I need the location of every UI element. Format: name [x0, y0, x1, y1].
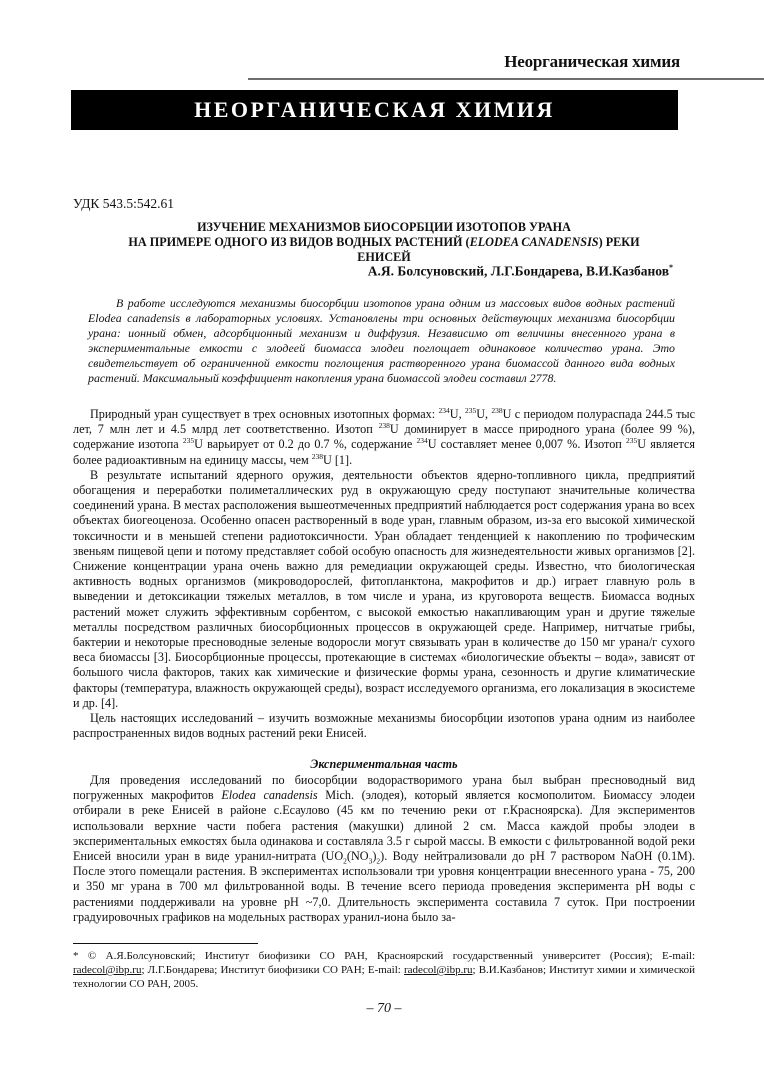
title-line-1: ИЗУЧЕНИЕ МЕХАНИЗМОВ БИОСОРБЦИИ ИЗОТОПОВ …: [73, 220, 695, 235]
running-head-title: Неорганическая химия: [365, 52, 680, 72]
text: * © А.Я.Болсуновский; Институт биофизики…: [73, 950, 695, 962]
paragraph-isotopes: Природный уран существует в трех основны…: [73, 407, 695, 468]
superscript: 234: [439, 406, 450, 415]
superscript: 235: [183, 436, 194, 445]
text: U: [428, 437, 437, 451]
superscript: 238: [491, 406, 502, 415]
udc-code: УДК 543.5:542.61: [73, 196, 174, 212]
text: [1].: [332, 453, 352, 467]
paragraph-methods: Для проведения исследований по биосорбци…: [73, 773, 695, 925]
email-link[interactable]: radecol@ibp.ru: [404, 964, 472, 976]
text: U: [323, 453, 332, 467]
text: Природный уран существует в трех основны…: [90, 407, 439, 421]
author-names: А.Я. Болсуновский, Л.Г.Бондарева, В.И.Ка…: [368, 264, 669, 279]
abstract: В работе исследуются механизмы биосорбци…: [88, 296, 675, 386]
header-rule: [248, 78, 764, 80]
text: U: [194, 437, 203, 451]
section-banner: НЕОРГАНИЧЕСКАЯ ХИМИЯ: [71, 90, 678, 130]
text: U: [476, 407, 485, 421]
superscript: 235: [465, 406, 476, 415]
footnote: * © А.Я.Болсуновский; Институт биофизики…: [73, 949, 695, 991]
superscript: 235: [626, 436, 637, 445]
footnote-rule: [73, 943, 258, 944]
text: U: [450, 407, 459, 421]
paragraph-aim: Цель настоящих исследований – изучить во…: [73, 711, 695, 741]
paragraph-background: В результате испытаний ядерного оружия, …: [73, 468, 695, 711]
authors: А.Я. Болсуновский, Л.Г.Бондарева, В.И.Ка…: [73, 263, 673, 280]
page-number: – 70 –: [73, 1001, 695, 1017]
email-link[interactable]: radecol@ibp.ru: [73, 964, 141, 976]
body-text-experimental: Для проведения исследований по биосорбци…: [73, 773, 695, 925]
title-text: ) РЕКИ: [599, 235, 640, 249]
text: U: [637, 437, 646, 451]
footnote-marker: *: [669, 263, 673, 272]
body-text-intro: Природный уран существует в трех основны…: [73, 407, 695, 741]
text: составляет менее 0,007 %. Изотоп: [437, 437, 626, 451]
article-title: ИЗУЧЕНИЕ МЕХАНИЗМОВ БИОСОРБЦИИ ИЗОТОПОВ …: [73, 220, 695, 265]
text: U: [390, 422, 399, 436]
section-heading-experimental: Экспериментальная часть: [73, 757, 695, 772]
text: варьирует от 0.2 до 0.7 %, содержание: [203, 437, 417, 451]
superscript: 238: [312, 452, 323, 461]
superscript: 234: [416, 436, 427, 445]
title-line-2: НА ПРИМЕРЕ ОДНОГО ИЗ ВИДОВ ВОДНЫХ РАСТЕН…: [73, 235, 695, 250]
species-name: Elodea canadensis: [221, 788, 317, 802]
text: (NO: [347, 849, 369, 863]
text: ; Л.Г.Бондарева; Институт биофизики СО Р…: [141, 964, 404, 976]
superscript: 238: [379, 421, 390, 430]
title-text: НА ПРИМЕРЕ ОДНОГО ИЗ ВИДОВ ВОДНЫХ РАСТЕН…: [128, 235, 469, 249]
title-species: ELODEA CANADENSIS: [470, 235, 599, 249]
